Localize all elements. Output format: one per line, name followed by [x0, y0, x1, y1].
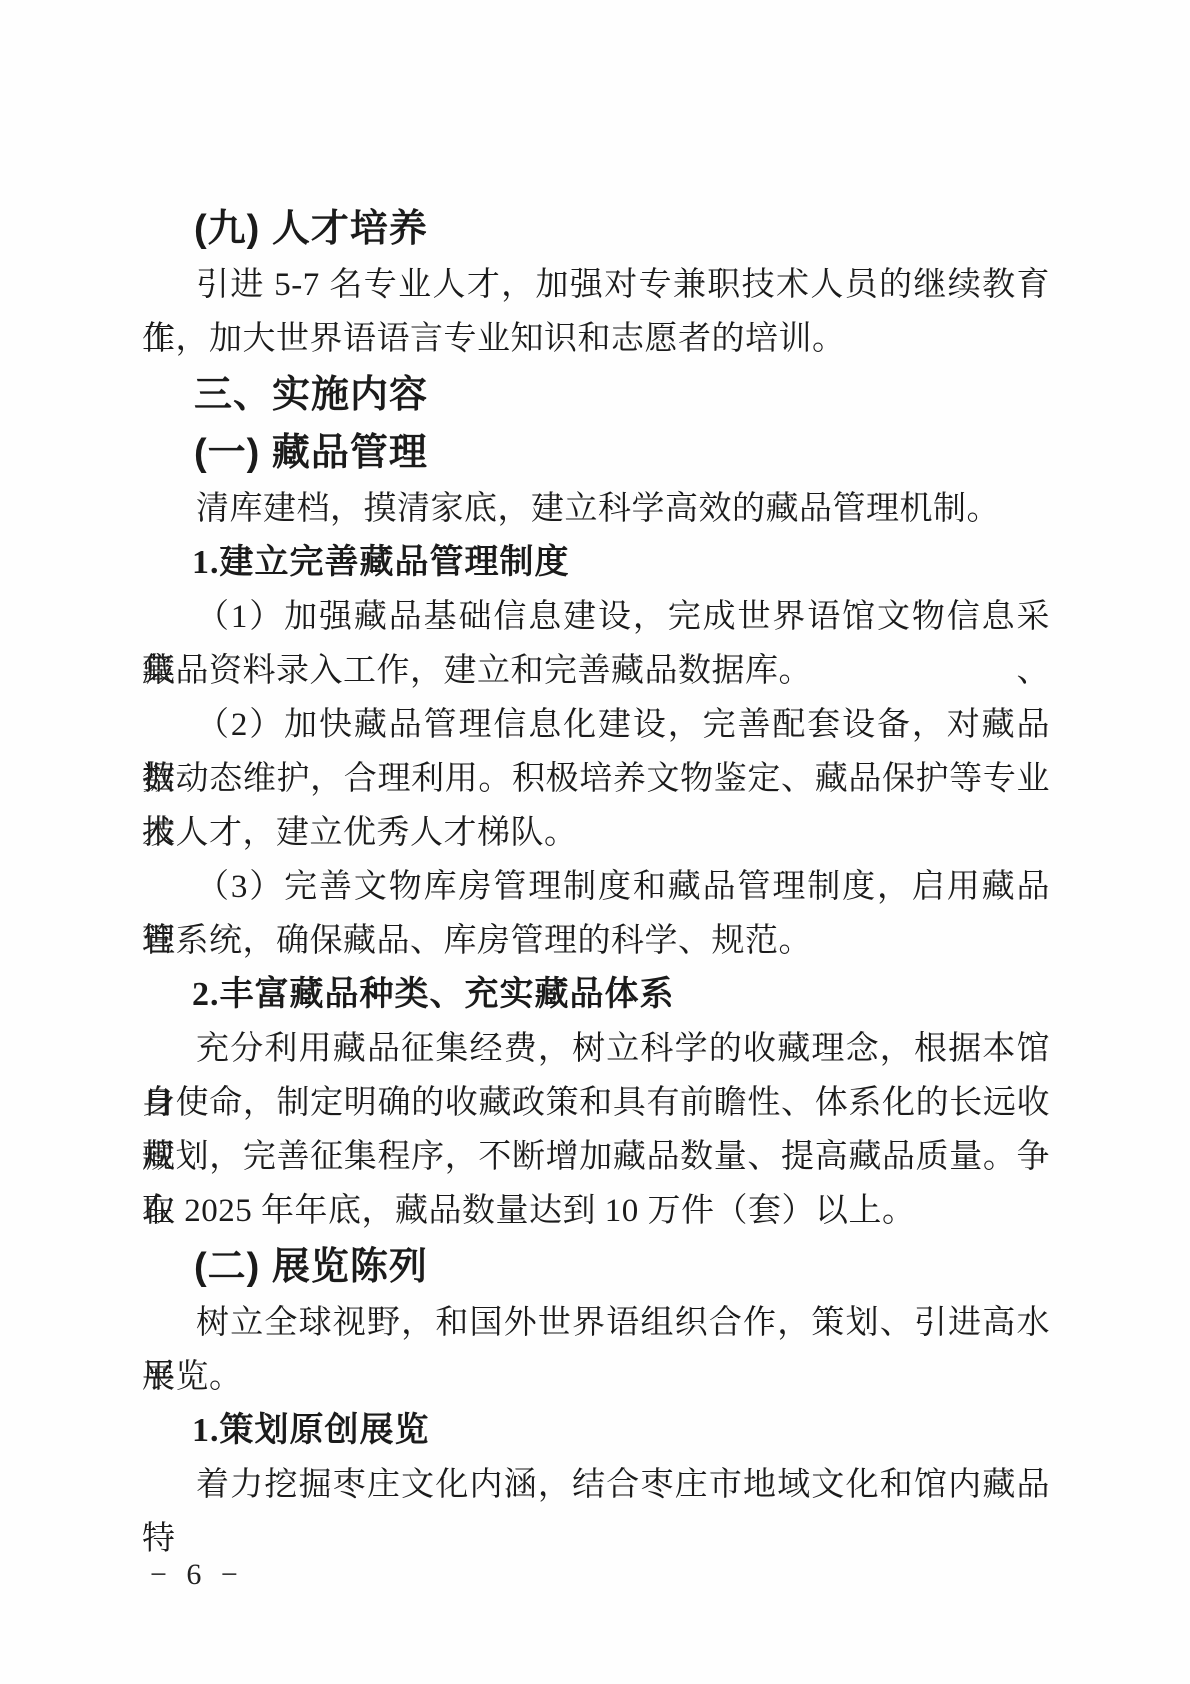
sub-heading: 1.建立完善藏品管理制度 [142, 536, 1050, 590]
section-heading: 三、实施内容 [142, 366, 1050, 424]
text-line: （3）完善文物库房管理制度和藏品管理制度，启用藏品管 [142, 860, 1050, 914]
text-lines: (九) 人才培养引进 5-7 名专业人才，加强对专兼职技术人员的继续教育工作，加… [142, 200, 1050, 1512]
text-line: 规划，完善征集程序，不断增加藏品数量、提高藏品质量。争取 [142, 1130, 1050, 1184]
sub-heading: 1.策划原创展览 [142, 1404, 1050, 1458]
text-line: 清库建档，摸清家底，建立科学高效的藏品管理机制。 [142, 482, 1050, 536]
text-line: 理系统，确保藏品、库房管理的科学、规范。 [142, 914, 1050, 968]
text-line: 在 2025 年年底，藏品数量达到 10 万件（套）以上。 [142, 1184, 1050, 1238]
text-line: 据动态维护，合理利用。积极培养文物鉴定、藏品保护等专业技 [142, 752, 1050, 806]
text-line: 着力挖掘枣庄文化内涵，结合枣庄市地域文化和馆内藏品特 [142, 1458, 1050, 1512]
text-line: （1）加强藏品基础信息建设，完成世界语馆文物信息采集、 [142, 590, 1050, 644]
document-page: (九) 人才培养引进 5-7 名专业人才，加强对专兼职技术人员的继续教育工作，加… [0, 0, 1190, 1684]
text-line: 身使命，制定明确的收藏政策和具有前瞻性、体系化的长远收藏 [142, 1076, 1050, 1130]
text-line: 树立全球视野，和国外世界语组织合作，策划、引进高水平 [142, 1296, 1050, 1350]
text-line: 引进 5-7 名专业人才，加强对专兼职技术人员的继续教育工 [142, 258, 1050, 312]
text-line: 作，加大世界语语言专业知识和志愿者的培训。 [142, 312, 1050, 366]
section-heading: (九) 人才培养 [142, 200, 1050, 258]
section-heading: (二) 展览陈列 [142, 1238, 1050, 1296]
text-line: 充分利用藏品征集经费，树立科学的收藏理念，根据本馆自 [142, 1022, 1050, 1076]
page-number: − 6 − [150, 1558, 244, 1592]
text-line: 术人才，建立优秀人才梯队。 [142, 806, 1050, 860]
sub-heading: 2.丰富藏品种类、充实藏品体系 [142, 968, 1050, 1022]
section-heading: (一) 藏品管理 [142, 424, 1050, 482]
text-line: 展览。 [142, 1350, 1050, 1404]
text-line: （2）加快藏品管理信息化建设，完善配套设备，对藏品数 [142, 698, 1050, 752]
